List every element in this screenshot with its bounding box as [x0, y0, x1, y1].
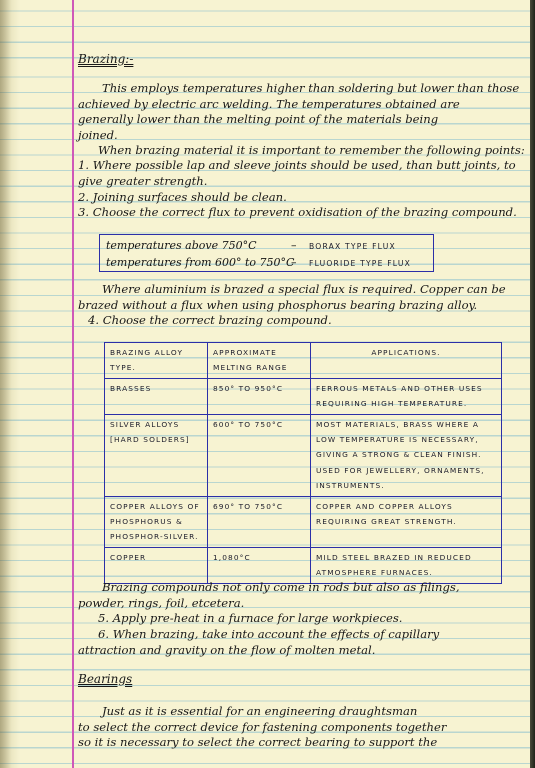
cell-range: 850° to 950°C	[208, 378, 311, 414]
brazing-intro-line-1: This employs temperatures higher than so…	[78, 81, 503, 97]
brazing-alloy-table: Brazing alloy type. Approximate melting …	[104, 342, 502, 584]
table-header-row: Brazing alloy type. Approximate melting …	[105, 343, 502, 379]
cell-applications: Most materials, brass where a low temper…	[311, 414, 502, 496]
cell-alloy: Silver alloys [hard solders]	[105, 414, 208, 496]
point-3: 3. Choose the correct flux to prevent ox…	[78, 205, 503, 221]
flux-temperature: temperatures from 600° to 750°C	[106, 255, 291, 271]
compounds-note-line-2: powder, rings, foil, etcetera.	[78, 596, 503, 612]
point-6-line-2: attraction and gravity on the flow of mo…	[78, 643, 503, 659]
table-row: Silver alloys [hard solders] 600° to 750…	[105, 414, 502, 496]
point-1-line-2: give greater strength.	[78, 174, 503, 190]
flux-type: BORAX TYPE FLUX	[309, 242, 396, 251]
aluminium-note-line-2: brazed without a flux when using phospho…	[78, 298, 503, 314]
flux-type: FLUORIDE TYPE FLUX	[309, 259, 411, 268]
cell-alloy: Copper	[105, 547, 208, 583]
point-2: 2. Joining surfaces should be clean.	[78, 190, 503, 206]
flux-box: temperatures above 750°C–BORAX TYPE FLUX…	[99, 234, 434, 272]
flux-dash: –	[291, 255, 309, 271]
cell-range: 600° to 750°C	[208, 414, 311, 496]
table-row: Copper alloys of phosphorus & phosphor-s…	[105, 496, 502, 547]
points-intro: When brazing material it is important to…	[98, 143, 503, 159]
margin-line	[72, 0, 74, 768]
brazing-heading: Brazing:-	[78, 52, 503, 68]
cell-alloy: Brasses	[105, 378, 208, 414]
cell-applications: Ferrous metals and other uses requiring …	[311, 378, 502, 414]
point-4: 4. Choose the correct brazing compound.	[88, 313, 503, 329]
notebook-page: Brazing:- This employs temperatures high…	[0, 0, 535, 768]
cell-alloy: Copper alloys of phosphorus & phosphor-s…	[105, 496, 208, 547]
point-1-line-1: 1. Where possible lap and sleeve joints …	[78, 158, 503, 174]
bearings-heading: Bearings	[78, 672, 503, 688]
flux-row: temperatures from 600° to 750°C–FLUORIDE…	[106, 253, 411, 269]
table-row: Brasses 850° to 950°C Ferrous metals and…	[105, 378, 502, 414]
bearings-intro-line-2: to select the correct device for fasteni…	[78, 720, 503, 736]
point-6-line-1: 6. When brazing, take into account the e…	[98, 627, 503, 643]
aluminium-note-line-1: Where aluminium is brazed a special flux…	[78, 282, 503, 298]
cell-range: 1,080°C	[208, 547, 311, 583]
brazing-intro-line-3: generally lower than the melting point o…	[78, 112, 503, 128]
flux-dash: –	[291, 238, 309, 254]
header-melting-range: Approximate melting range	[208, 343, 311, 379]
cell-range: 690° to 750°C	[208, 496, 311, 547]
flux-row: temperatures above 750°C–BORAX TYPE FLUX	[106, 236, 396, 252]
compounds-note-line-1: Brazing compounds not only come in rods …	[78, 580, 503, 596]
flux-temperature: temperatures above 750°C	[106, 238, 291, 254]
cell-applications: Mild steel brazed in reduced atmosphere …	[311, 547, 502, 583]
table-row: Copper 1,080°C Mild steel brazed in redu…	[105, 547, 502, 583]
bearings-intro-line-3: so it is necessary to select the correct…	[78, 735, 503, 751]
header-alloy-type: Brazing alloy type.	[105, 343, 208, 379]
brazing-intro-line-2: achieved by electric arc welding. The te…	[78, 97, 503, 113]
point-5: 5. Apply pre-heat in a furnace for large…	[98, 611, 503, 627]
bearings-intro-line-1: Just as it is essential for an engineeri…	[78, 704, 503, 720]
brazing-intro-line-4: joined.	[78, 128, 503, 144]
header-applications: Applications.	[311, 343, 502, 379]
binding-shadow	[0, 0, 12, 768]
cell-applications: Copper and copper alloys requiring great…	[311, 496, 502, 547]
page-edge	[530, 0, 535, 768]
